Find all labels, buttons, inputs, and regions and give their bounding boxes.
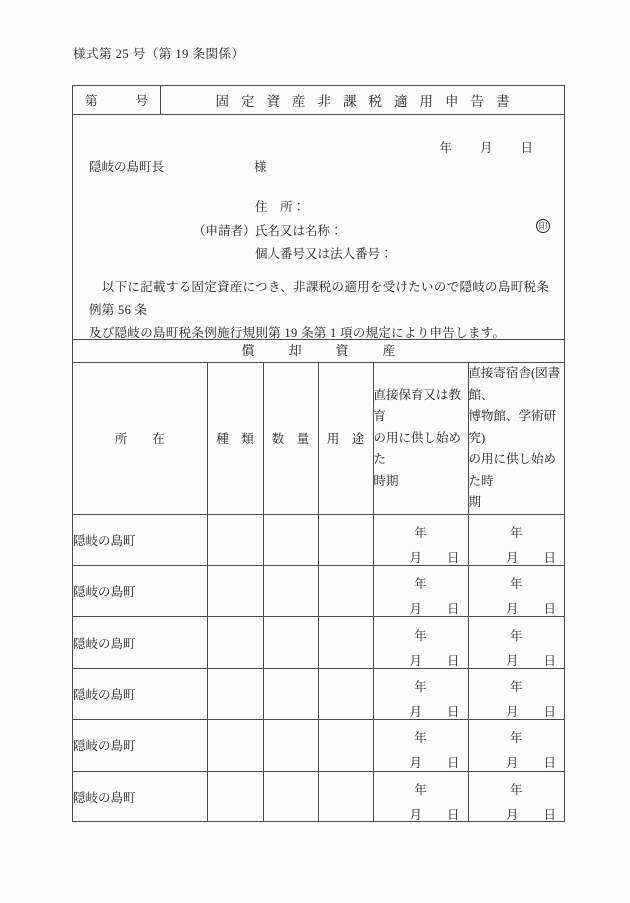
cell-usage [318,514,373,565]
cell-usage [318,720,373,771]
date-year-label: 年 [469,772,565,797]
table-row: 隠岐の島町 年 月 日 年 月 日 [73,565,564,616]
cell-location: 隠岐の島町 [73,668,207,719]
addressee-line: 隠岐の島町長様 [89,157,267,175]
table-header-row: 所 在 種 類 数 量 用 途 直接保育又は教育 の用に供し始めた 時期 直接寄… [73,363,564,514]
cell-usage [318,565,373,616]
date-month-day-label: 月 日 [469,745,565,770]
cell-quantity [263,617,318,668]
cell-dormitory-date: 年 月 日 [468,617,564,668]
cell-location: 隠岐の島町 [73,514,207,565]
addressee-name: 隠岐の島町長 [89,160,164,174]
date-month-day-label: 月 日 [469,694,565,719]
table-row: 隠岐の島町 年 月 日 年 月 日 [73,514,564,565]
applicant-label: （申請者） [193,220,255,244]
asset-table: 所 在 種 類 数 量 用 途 直接保育又は教育 の用に供し始めた 時期 直接寄… [73,363,564,822]
date-year-label: 年 [374,515,468,540]
col-header-location: 所 在 [73,363,207,514]
col-header-quantity: 数 量 [263,363,318,514]
col-header-dormitory-start: 直接寄宿舎(図書館、 博物館、学術研究) の用に供し始めた時 期 [468,363,564,514]
cell-quantity [263,668,318,719]
cell-usage [318,617,373,668]
document-number-suffix: 号 [135,91,148,109]
table-row: 隠岐の島町 年 月 日 年 月 日 [73,720,564,771]
address-label: 住 所： [255,200,305,214]
table-row: 隠岐の島町 年 月 日 年 月 日 [73,668,564,719]
date-year-label: 年 [469,566,565,591]
date-year-label: 年 [374,772,468,797]
date-month-day-label: 月 日 [469,591,565,616]
cell-quantity [263,720,318,771]
cell-quantity [263,514,318,565]
col-header-education-start: 直接保育又は教育 の用に供し始めた 時期 [373,363,468,514]
date-year-label: 年 [374,566,468,591]
date-year-label: 年 [469,669,565,694]
cell-education-date: 年 月 日 [373,565,468,616]
cell-dormitory-date: 年 月 日 [468,771,564,822]
cell-education-date: 年 月 日 [373,771,468,822]
date-month-day-label: 月 日 [374,591,468,616]
cell-dormitory-date: 年 月 日 [468,514,564,565]
cell-education-date: 年 月 日 [373,514,468,565]
id-number-label: 個人番号又は法人番号： [255,247,393,261]
cell-type [207,565,263,616]
date-month-day-label: 月 日 [374,694,468,719]
page: { "form": { "label": "様式第 25 号（第 19 条関係）… [0,0,630,903]
date-month-day-label: 月 日 [374,745,468,770]
document-number-cell: 第 号 [73,86,161,114]
document-number-prefix: 第 [85,91,98,109]
seal-icon: 印 [536,219,550,233]
cell-usage [318,771,373,822]
table-row: 隠岐の島町 年 月 日 年 月 日 [73,771,564,822]
date-line: 年 月 日 [439,138,534,156]
date-year-label: 年 [469,515,565,540]
title-row: 第 号 固定資産非課税適用申告書 [73,86,564,115]
applicant-block: 住 所： （申請者）氏名又は名称： 個人番号又は法人番号： [193,196,393,267]
cell-usage [318,668,373,719]
cell-type [207,514,263,565]
name-line: （申請者）氏名又は名称： [193,220,393,244]
date-month-day-label: 月 日 [469,797,565,822]
cell-location: 隠岐の島町 [73,720,207,771]
cell-type [207,617,263,668]
id-number-line: 個人番号又は法人番号： [193,243,393,267]
date-month-day-label: 月 日 [374,797,468,822]
date-month-day-label: 月 日 [469,540,565,565]
date-year-label: 年 [374,720,468,745]
cell-education-date: 年 月 日 [373,720,468,771]
cell-type [207,771,263,822]
cell-dormitory-date: 年 月 日 [468,565,564,616]
upper-section: 年 月 日 隠岐の島町長様 住 所： （申請者）氏名又は名称： 個人番号又は法人… [73,115,564,340]
cell-dormitory-date: 年 月 日 [468,668,564,719]
addressee-honorific: 様 [254,160,267,174]
form-title: 固定資産非課税適用申告書 [161,86,564,114]
declaration-text: 以下に記載する固定資産につき、非課税の適用を受けたいので隠岐の島町税条例第 56… [89,276,554,345]
form-box: 第 号 固定資産非課税適用申告書 年 月 日 隠岐の島町長様 住 所： （申請者… [72,85,565,822]
name-label: 氏名又は名称： [255,224,343,238]
date-month-day-label: 月 日 [374,643,468,668]
cell-type [207,720,263,771]
col-header-usage: 用 途 [318,363,373,514]
col-header-type: 種 類 [207,363,263,514]
cell-location: 隠岐の島町 [73,565,207,616]
address-line: 住 所： [193,196,393,220]
cell-location: 隠岐の島町 [73,617,207,668]
table-row: 隠岐の島町 年 月 日 年 月 日 [73,617,564,668]
date-year-label: 年 [469,618,565,643]
cell-quantity [263,565,318,616]
date-year-label: 年 [469,720,565,745]
cell-quantity [263,771,318,822]
cell-education-date: 年 月 日 [373,617,468,668]
cell-dormitory-date: 年 月 日 [468,720,564,771]
date-month-day-label: 月 日 [469,643,565,668]
date-year-label: 年 [374,618,468,643]
date-month-day-label: 月 日 [374,540,468,565]
cell-location: 隠岐の島町 [73,771,207,822]
cell-education-date: 年 月 日 [373,668,468,719]
date-year-label: 年 [374,669,468,694]
form-style-label: 様式第 25 号（第 19 条関係） [73,44,245,62]
cell-type [207,668,263,719]
